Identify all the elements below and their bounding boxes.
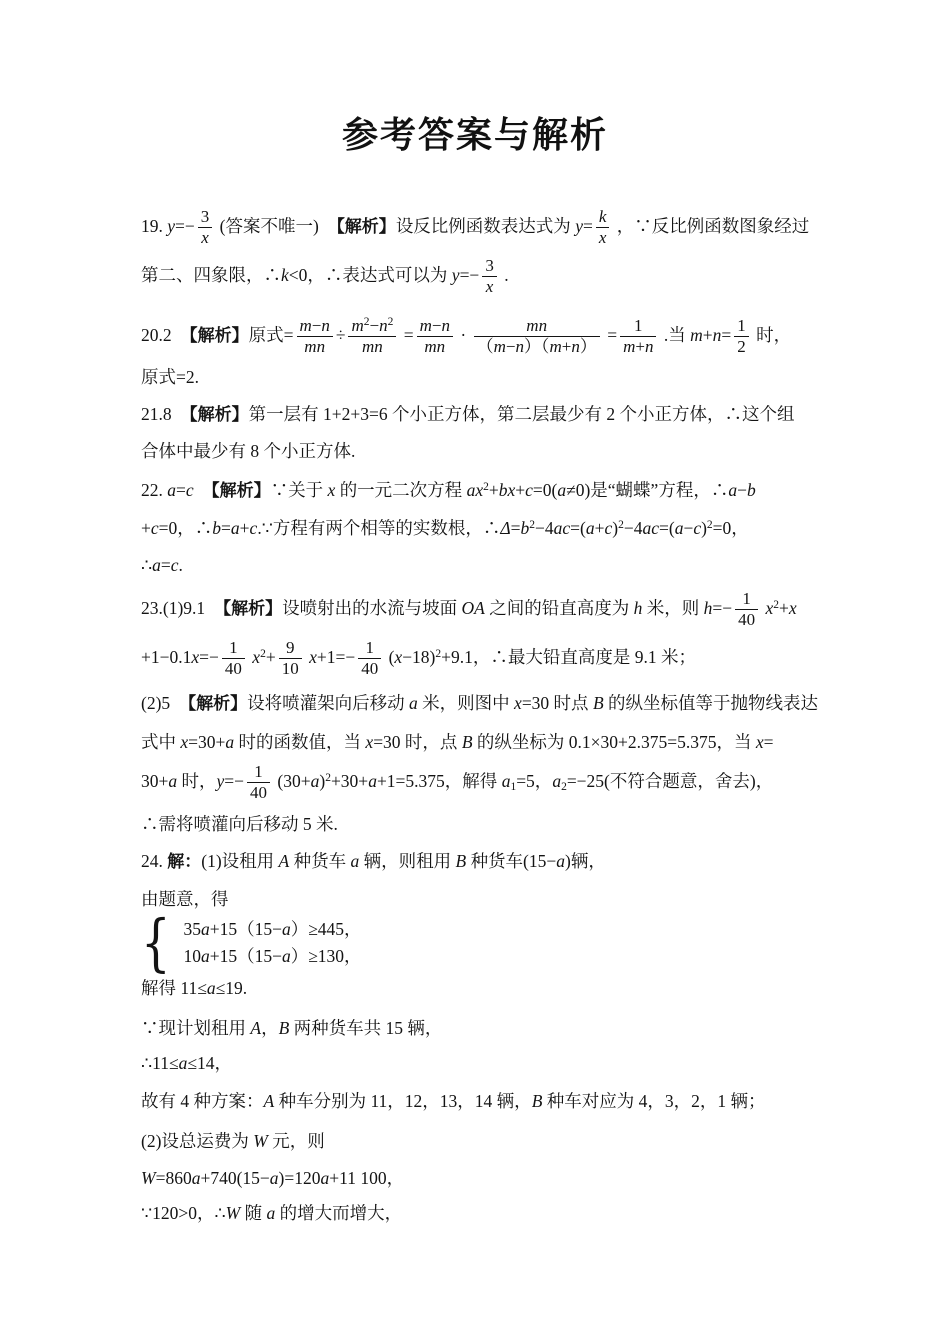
text-line: 20.2 【解析】原式=m−nmn÷m2−n2mn =m−nmn · mn（m−… <box>141 311 840 360</box>
text-line: +1−0.1x=−140 x2+910 x+1=−140 (x−18)2+9.1… <box>141 633 840 681</box>
bold-label: 【解析】 <box>336 217 396 236</box>
subscript: 1 <box>510 781 516 793</box>
text-line: 合体中最少有 8 个小正方体. <box>141 438 840 464</box>
math-variable: n <box>645 337 654 356</box>
text-line: 式中 x=30+a 时的函数值，当 x=30 时，点 B 的纵坐标为 0.1×3… <box>141 729 840 755</box>
text-line: {35a+15（15−a）≥445，10a+15（15−a）≥130， <box>141 914 840 972</box>
bold-label: 解： <box>167 852 201 871</box>
superscript: 2 <box>529 519 535 531</box>
math-variable: x <box>191 647 199 667</box>
superscript: 2 <box>388 316 394 328</box>
math-variable: a <box>266 1203 275 1223</box>
fraction-numerator: m2−n2 <box>348 316 396 336</box>
fraction: 12 <box>734 316 749 357</box>
superscript: 2 <box>773 599 779 611</box>
fraction: 140 <box>222 638 245 679</box>
inequality-system: {35a+15（15−a）≥445，10a+15（15−a）≥130， <box>141 915 362 971</box>
fraction: mn（m−n）（m+n） <box>474 316 600 357</box>
math-variable: B <box>532 1091 543 1111</box>
math-variable: x <box>394 647 402 667</box>
superscript: 2 <box>618 519 624 531</box>
text-line: 21.8 【解析】第一层有 1+2+3=6 个小正方体，第二层最少有 2 个小正… <box>141 401 840 428</box>
text-line: 30+a 时，y=−140 (30+a)2+30+a+1=5.375，解得 a1… <box>141 757 840 805</box>
math-variable: ac <box>642 518 659 538</box>
math-variable: n <box>321 316 330 335</box>
text-line: 22. a=c 【解析】∵关于 x 的一元二次方程 ax2+bx+c=0(a≠0… <box>141 477 840 504</box>
fraction-numerator: k <box>596 207 610 227</box>
math-variable: a <box>675 518 684 538</box>
math-variable: B <box>462 732 473 752</box>
math-variable: m <box>300 316 312 335</box>
math-variable: x <box>514 693 522 713</box>
math-variable: a <box>192 1168 201 1188</box>
fraction-denominator: mn <box>359 337 386 357</box>
system-row: 35a+15（15−a）≥445， <box>183 916 361 943</box>
math-variable: c <box>693 518 701 538</box>
text-line: ∵现计划租用 A，B 两种货车共 15 辆， <box>141 1015 840 1041</box>
math-variable: c <box>171 555 179 575</box>
bold-label: 【解析】 <box>211 481 271 500</box>
math-variable: m <box>420 316 432 335</box>
math-variable: x <box>328 480 336 500</box>
math-variable: a <box>552 771 561 791</box>
text-line: (2)设总运费为 W 元，则 <box>141 1128 840 1154</box>
fraction: 140 <box>735 589 758 630</box>
math-variable: m <box>351 316 363 335</box>
math-variable: y <box>452 265 460 285</box>
math-variable: a <box>207 978 216 998</box>
fraction-numerator: 1 <box>739 589 754 609</box>
math-variable: x <box>756 732 764 752</box>
math-variable: h <box>634 598 643 618</box>
math-variable: x <box>789 598 797 618</box>
text-line: 19. y=−3x (答案不唯一) 【解析】设反比例函数表达式为 y=kx ，∵… <box>141 202 840 251</box>
bold-label: 【解析】 <box>189 326 249 345</box>
fraction: m−nmn <box>297 316 333 357</box>
math-variable: x <box>365 732 373 752</box>
fraction: 910 <box>279 638 302 679</box>
math-variable: W <box>253 1131 268 1151</box>
math-variable: Δ <box>500 518 510 538</box>
math-variable: a <box>368 771 377 791</box>
math-variable: a <box>168 771 177 791</box>
math-variable: c <box>186 480 194 500</box>
math-variable: B <box>455 851 466 871</box>
math-variable: m <box>494 337 506 356</box>
fraction-numerator: 9 <box>283 638 298 658</box>
math-variable: x <box>180 732 188 752</box>
math-variable: mn <box>362 337 383 356</box>
fraction-denominator: mn <box>421 337 448 357</box>
math-variable: c <box>525 480 533 500</box>
math-variable: OA <box>462 598 485 618</box>
fraction: kx <box>596 207 610 248</box>
math-variable: a <box>409 693 418 713</box>
text-line: 由题意，得 <box>141 886 840 912</box>
math-variable: n <box>379 316 388 335</box>
fraction-numerator: 3 <box>482 256 497 276</box>
math-variable: a <box>282 946 291 966</box>
text-line: 第二、四象限，∴k<0，∴表达式可以为 y=−3x . <box>141 251 840 299</box>
math-variable: B <box>279 1018 290 1038</box>
fraction: 140 <box>247 762 270 803</box>
fraction-numerator: m−n <box>417 316 453 336</box>
math-variable: h <box>704 598 713 618</box>
superscript: 2 <box>435 648 441 660</box>
superscript: 2 <box>325 772 331 784</box>
math-variable: m <box>690 325 703 345</box>
math-variable: x <box>599 228 607 247</box>
math-variable: a <box>350 851 359 871</box>
math-variable: x <box>486 277 494 296</box>
text-line: 24. 解：(1)设租用 A 种货车 a 辆，则租用 B 种货车(15−a)辆， <box>141 848 840 875</box>
fraction-denominator: x <box>596 228 610 248</box>
math-variable: a <box>152 555 161 575</box>
fraction-denominator: 10 <box>279 659 302 679</box>
fraction-denominator: 40 <box>735 610 758 630</box>
math-variable: b <box>747 480 756 500</box>
math-variable: W <box>141 1168 156 1188</box>
math-variable: bx <box>499 480 516 500</box>
fraction-denominator: 40 <box>222 659 245 679</box>
math-variable: b <box>520 518 529 538</box>
math-variable: a <box>201 919 210 939</box>
fraction: 3x <box>198 207 213 248</box>
superscript: 2 <box>707 519 713 531</box>
fraction: 140 <box>358 638 381 679</box>
math-variable: n <box>571 337 580 356</box>
math-variable: ax <box>467 480 484 500</box>
math-variable: c <box>250 518 258 538</box>
math-variable: m <box>623 337 635 356</box>
math-variable: a <box>320 1168 329 1188</box>
fraction-denominator: x <box>198 228 212 248</box>
math-variable: c <box>604 518 612 538</box>
math-variable: y <box>575 216 583 236</box>
math-variable: A <box>264 1091 275 1111</box>
math-variable: A <box>250 1018 261 1038</box>
math-variable: ac <box>554 518 571 538</box>
math-variable: x <box>309 647 317 667</box>
system-rows: 35a+15（15−a）≥445，10a+15（15−a）≥130， <box>183 916 361 970</box>
math-variable: a <box>201 946 210 966</box>
fraction: m2−n2mn <box>348 316 396 357</box>
superscript: 2 <box>260 648 266 660</box>
math-variable: k <box>281 265 289 285</box>
math-variable: n <box>713 325 722 345</box>
fraction-numerator: 1 <box>734 316 749 336</box>
bold-label: 【解析】 <box>223 599 283 618</box>
fraction-numerator: 1 <box>226 638 241 658</box>
system-row: 10a+15（15−a）≥130， <box>183 943 361 970</box>
fraction-denominator: m+n <box>620 337 656 357</box>
fraction-numerator: 3 <box>198 207 213 227</box>
superscript: 2 <box>364 316 370 328</box>
math-variable: y <box>167 216 175 236</box>
document-body: 19. y=−3x (答案不唯一) 【解析】设反比例函数表达式为 y=kx ，∵… <box>0 158 950 1226</box>
fraction-numerator: m−n <box>297 316 333 336</box>
fraction-denominator: 40 <box>358 659 381 679</box>
math-variable: n <box>515 337 524 356</box>
fraction-numerator: 1 <box>251 762 266 782</box>
left-brace-icon: { <box>141 915 171 971</box>
math-variable: a <box>167 480 176 500</box>
text-line: +c=0，∴b=a+c.∵方程有两个相等的实数根，∴Δ=b2−4ac=(a+c)… <box>141 515 840 541</box>
math-variable: x <box>201 228 209 247</box>
fraction-numerator: mn <box>523 316 550 336</box>
fraction-denominator: 2 <box>734 337 749 357</box>
fraction: 1m+n <box>620 316 656 357</box>
math-variable: a <box>557 480 566 500</box>
fraction-numerator: 1 <box>362 638 377 658</box>
math-variable: m <box>549 337 561 356</box>
fraction: m−nmn <box>417 316 453 357</box>
text-line: ∵120>0，∴W 随 a 的增大而增大， <box>141 1200 840 1226</box>
text-line: 原式=2. <box>141 364 840 390</box>
fraction-denominator: 40 <box>247 783 270 803</box>
text-line: W=860a+740(15−a)=120a+11 100， <box>141 1165 840 1191</box>
superscript: 2 <box>483 481 489 493</box>
math-variable: mn <box>304 337 325 356</box>
math-variable: a <box>270 1168 279 1188</box>
text-line: 23.(1)9.1 【解析】设喷射出的水流与坡面 OA 之间的铅直高度为 h 米… <box>141 584 840 633</box>
text-line: ∴需将喷灌向后移动 5 米. <box>141 811 840 837</box>
math-variable: n <box>441 316 450 335</box>
bold-label: 【解析】 <box>188 694 248 713</box>
math-variable: a <box>225 732 234 752</box>
math-variable: mn <box>424 337 445 356</box>
math-variable: a <box>311 771 320 791</box>
subscript: 2 <box>561 781 567 793</box>
math-variable: c <box>151 518 159 538</box>
fraction: 3x <box>482 256 497 297</box>
math-variable: a <box>586 518 595 538</box>
math-variable: B <box>593 693 604 713</box>
math-variable: a <box>728 480 737 500</box>
math-variable: b <box>212 518 221 538</box>
page-title: 参考答案与解析 <box>0 0 950 158</box>
bold-label: 【解析】 <box>189 405 249 424</box>
math-variable: a <box>282 919 291 939</box>
math-variable: y <box>217 771 225 791</box>
text-line: 故有 4 种方案：A 种车分别为 11，12，13，14 辆，B 种车对应为 4… <box>141 1088 840 1114</box>
math-variable: k <box>599 207 607 226</box>
math-variable: a <box>231 518 240 538</box>
text-line: 解得 11≤a≤19. <box>141 975 840 1001</box>
fraction-denominator: （m−n）（m+n） <box>474 337 600 357</box>
math-variable: mn <box>526 316 547 335</box>
math-variable: x <box>252 647 260 667</box>
math-variable: a <box>556 851 565 871</box>
fraction-denominator: x <box>483 277 497 297</box>
text-line: ∴a=c. <box>141 552 840 578</box>
text-line: ∴11≤a≤14， <box>141 1050 840 1076</box>
math-variable: A <box>279 851 290 871</box>
math-variable: W <box>226 1203 241 1223</box>
math-variable: a <box>179 1053 188 1073</box>
text-line: (2)5 【解析】设将喷灌架向后移动 a 米，则图中 x=30 时点 B 的纵坐… <box>141 690 840 717</box>
fraction-denominator: mn <box>301 337 328 357</box>
fraction-numerator: 1 <box>631 316 646 336</box>
answer-key-page: 参考答案与解析 19. y=−3x (答案不唯一) 【解析】设反比例函数表达式为… <box>0 0 950 1344</box>
